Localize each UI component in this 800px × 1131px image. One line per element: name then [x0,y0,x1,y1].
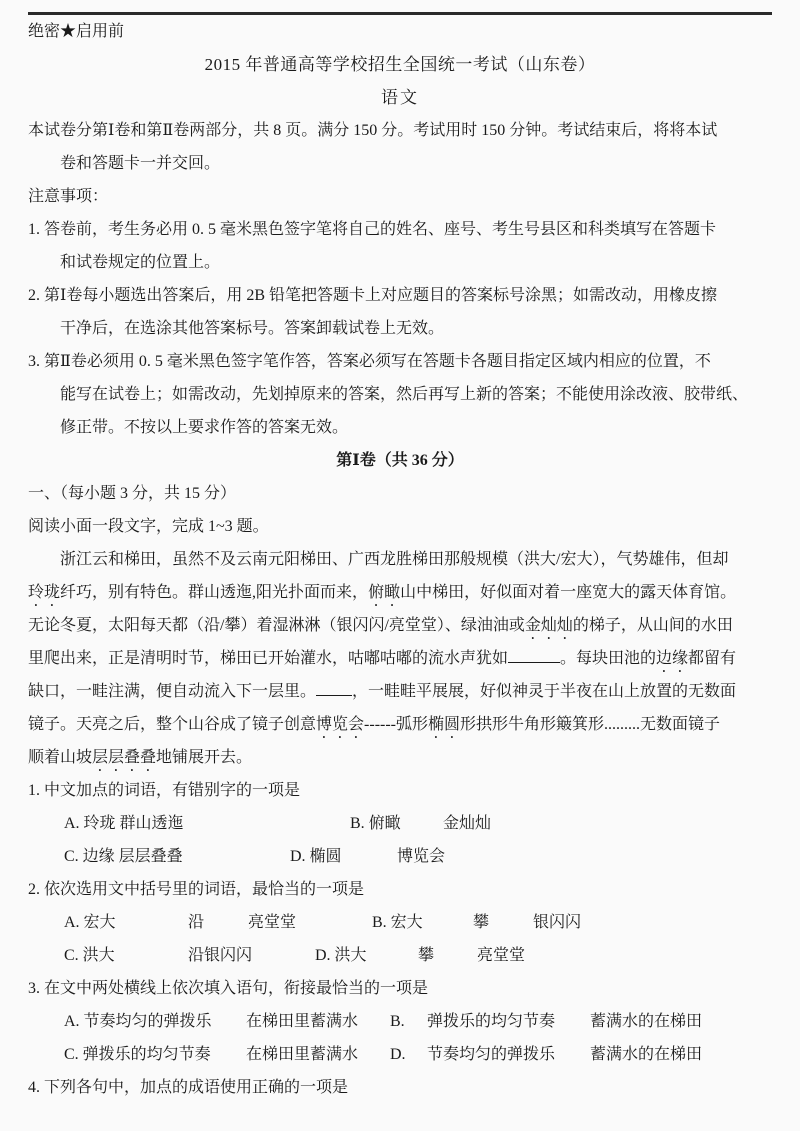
note-3-line-1: 3. 第Ⅱ卷必须用 0. 5 毫米黑色签字笔作答，答案必须写在答题卡各题目指定区… [28,345,772,378]
q2-option-d: D. 洪大 [315,939,367,972]
note-3-line-2: 能写在试卷上；如需改动，先划掉原来的答案，然后再写上新的答案；不能使用涂改液、胶… [28,378,772,411]
note-3-line-3: 修正带。不按以上要求作答的答案无效。 [28,411,772,444]
classification-banner: 绝密★启用前 [28,15,772,48]
q1-option-d-word-2: 博览会 [397,840,445,873]
intro-line-1: 本试卷分第Ⅰ卷和第Ⅱ卷两部分，共 8 页。满分 150 分。考试用时 150 分… [28,114,772,147]
q3-option-d-phrase-2: 蓄满水的在梯田 [590,1038,702,1071]
question-4-stem: 4. 下列各句中，加点的成语使用正确的一项是 [28,1071,772,1104]
q1-option-c: C. 边缘 层层叠叠 [64,840,183,873]
emphasized-word: 层层叠叠 [92,749,156,766]
passage-line-5: 缺口，一畦注满，便自动流入下一层里。，一畦畦平展展，好似神灵于半夜在山上放置的无… [28,675,772,708]
emphasized-word: 边缘 [656,650,688,667]
q3-option-a: A. 节奏均匀的弹拨乐 [64,1005,212,1038]
note-2-line-2: 干净后，在选涂其他答案标号。答案卸载试卷上无效。 [28,312,772,345]
q2-option-b-word-2: 攀 [473,906,489,939]
section-heading: 一、（每小题 3 分，共 15 分） [28,477,772,510]
emphasized-word: 博览会 [316,716,364,733]
passage-line-7: 顺着山坡层层叠叠地铺展开去。 [28,741,772,774]
exam-subject: 语文 [28,81,772,114]
passage-line-1: 浙江云和梯田，虽然不及云南元阳梯田、广西龙胜梯田那般规模（洪大/宏大），气势雄伟… [28,543,772,576]
question-1-options-row-1: A. 玲珑 群山透迤 B. 俯瞰 金灿灿 [28,807,772,840]
note-1-line-1: 1. 答卷前，考生务必用 0. 5 毫米黑色签字笔将自己的姓名、座号、考生号县区… [28,213,772,246]
q1-option-b: B. 俯瞰 [350,807,401,840]
q1-option-d: D. 椭圆 [290,840,342,873]
q3-option-d-phrase-1: 节奏均匀的弹拨乐 [427,1038,555,1071]
passage-text: 地铺展开去。 [156,749,252,766]
passage-line-3: 无论冬夏，太阳每天都（沿/攀）着湿淋淋（银闪闪/亮堂堂）、绿油油或金灿灿的梯子，… [28,609,772,642]
q3-option-d-label: D. [390,1038,406,1071]
passage-text: 里爬出来，正是清明时节，梯田已开始灌水，咕嘟咕嘟的流水声犹如 [28,650,508,667]
passage-text: 的梯子，从山间的水田 [573,617,733,634]
question-1-stem: 1. 中文加点的词语，有错别字的一项是 [28,774,772,807]
question-1-options-row-2: C. 边缘 层层叠叠 D. 椭圆 博览会 [28,840,772,873]
q2-option-d-word-2: 攀 [418,939,434,972]
passage-text: 形拱形牛角形簸箕形.........无数面镜子 [460,716,720,733]
passage-text: 纤巧，别有特色。群山 [60,584,220,601]
passage-text: 。每块田池的 [560,650,656,667]
passage-text: 顺着山坡 [28,749,92,766]
question-3-stem: 3. 在文中两处横线上依次填入语句，衔接最恰当的一项是 [28,972,772,1005]
emphasized-word: 椭圆 [428,716,460,733]
passage-line-6: 镜子。天亮之后，整个山谷成了镜子创意博览会------弧形椭圆形拱形牛角形簸箕形… [28,708,772,741]
question-3-options-row-2: C. 弹拨乐的均匀节奏 在梯田里蓄满水 D. 节奏均匀的弹拨乐 蓄满水的在梯田 [28,1038,772,1071]
q3-option-c-phrase-2: 在梯田里蓄满水 [246,1038,358,1071]
notes-heading: 注意事项： [28,180,772,213]
q3-option-c: C. 弹拨乐的均匀节奏 [64,1038,211,1071]
passage-line-4: 里爬出来，正是清明时节，梯田已开始灌水，咕嘟咕嘟的流水声犹如。每块田池的边缘都留… [28,642,772,675]
emphasized-word: 俯瞰 [368,584,400,601]
q2-option-c: C. 洪大 [64,939,115,972]
q2-option-a-word-3: 亮堂堂 [248,906,296,939]
emphasized-word: 玲珑 [28,584,60,601]
passage-text: 透迤 [220,584,252,601]
reading-lead: 阅读小面一段文字，完成 1~3 题。 [28,510,772,543]
exam-page: 绝密★启用前 2015 年普通高等学校招生全国统一考试（山东卷） 语文 本试卷分… [0,0,800,1131]
passage-text: 缺口，一畦注满，便自动流入下一层里。 [28,683,316,700]
passage-text: 镜子。天亮之后，整个山谷成了镜子创意 [28,716,316,733]
q2-option-d-word-3: 亮堂堂 [477,939,525,972]
question-3-options-row-1: A. 节奏均匀的弹拨乐 在梯田里蓄满水 B. 弹拨乐的均匀节奏 蓄满水的在梯田 [28,1005,772,1038]
part1-heading: 第Ⅰ卷（共 36 分） [28,444,772,477]
q1-option-b-word-2: 金灿灿 [443,807,491,840]
note-1-line-2: 和试卷规定的位置上。 [28,246,772,279]
q2-option-a-word-2: 沿 [188,906,204,939]
q1-option-a: A. 玲珑 群山透迤 [64,807,184,840]
q2-option-c-word-2: 沿银闪闪 [188,939,252,972]
question-2-options-row-1: A. 宏大 沿 亮堂堂 B. 宏大 攀 银闪闪 [28,906,772,939]
intro-line-2: 卷和答题卡一并交回。 [28,147,772,180]
q2-option-a: A. 宏大 [64,906,116,939]
question-2-options-row-2: C. 洪大 沿银闪闪 D. 洪大 攀 亮堂堂 [28,939,772,972]
passage-text: 无论冬夏，太阳每天都（沿/攀）着湿淋淋（银闪闪/亮堂堂）、绿油油或 [28,617,525,634]
q2-option-b: B. 宏大 [372,906,423,939]
fill-blank-1 [508,646,560,663]
passage-text: ，一畦畦平展展，好似神灵于半夜在山上放置的无数面 [352,683,736,700]
q2-option-b-word-3: 银闪闪 [533,906,581,939]
passage-line-2: 玲珑纤巧，别有特色。群山透迤,阳光扑面而来，俯瞰山中梯田，好似面对着一座宽大的露… [28,576,772,609]
q3-option-b-phrase-2: 蓄满水的在梯田 [590,1005,702,1038]
emphasized-word: 金灿灿 [525,617,573,634]
q3-option-a-phrase-2: 在梯田里蓄满水 [246,1005,358,1038]
q3-option-b-phrase-1: 弹拨乐的均匀节奏 [427,1005,555,1038]
passage-text: 山中梯田，好似面对着一座宽大的露天体育馆。 [400,584,736,601]
passage-text: 都留有 [688,650,736,667]
passage-text: ------弧形 [364,716,428,733]
q3-option-b-label: B. [390,1005,405,1038]
note-2-line-1: 2. 第Ⅰ卷每小题选出答案后，用 2B 铅笔把答题卡上对应题目的答案标号涂黑；如… [28,279,772,312]
fill-blank-2 [316,679,352,696]
exam-title: 2015 年普通高等学校招生全国统一考试（山东卷） [28,48,772,81]
question-2-stem: 2. 依次选用文中括号里的词语，最恰当的一项是 [28,873,772,906]
passage-text: ,阳光扑面而来， [252,584,368,601]
